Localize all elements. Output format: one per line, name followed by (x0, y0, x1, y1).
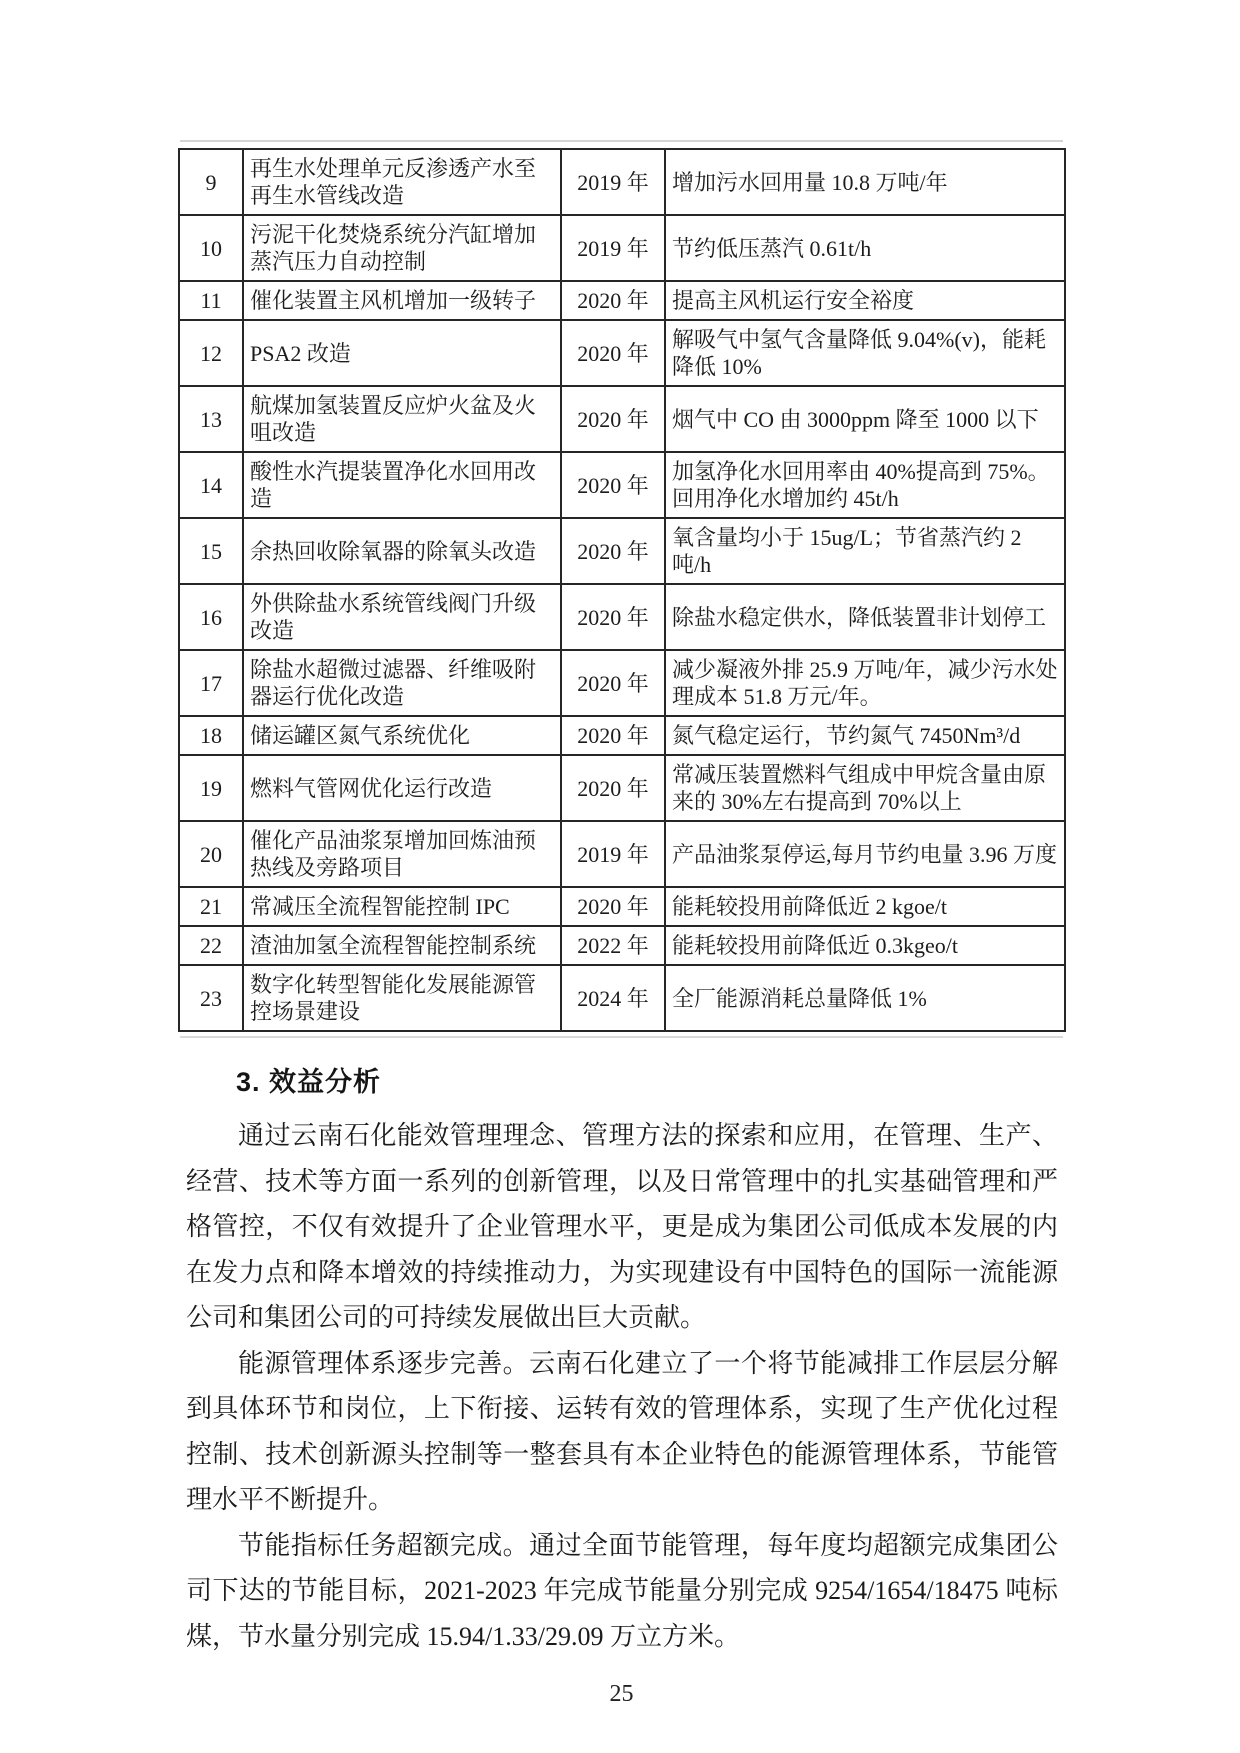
table-row: 23 数字化转型智能化发展能源管控场景建设 2024 年 全厂能源消耗总量降低 … (179, 965, 1065, 1031)
year-cell: 2020 年 (561, 584, 665, 650)
table-row: 17 除盐水超微过滤器、纤维吸附器运行优化改造 2020 年 减少凝液外排 25… (179, 650, 1065, 716)
year-cell: 2020 年 (561, 518, 665, 584)
table-row: 13 航煤加氢装置反应炉火盆及火咀改造 2020 年 烟气中 CO 由 3000… (179, 386, 1065, 452)
row-number-cell: 14 (179, 452, 243, 518)
table-row: 16 外供除盐水系统管线阀门升级改造 2020 年 除盐水稳定供水，降低装置非计… (179, 584, 1065, 650)
row-number-cell: 19 (179, 755, 243, 821)
benefit-cell: 能耗较投用前降低近 0.3kgeo/t (665, 926, 1065, 965)
benefits-table-body: 9 再生水处理单元反渗透产水至再生水管线改造 2019 年 增加污水回用量 10… (179, 149, 1065, 1031)
benefits-table: 9 再生水处理单元反渗透产水至再生水管线改造 2019 年 增加污水回用量 10… (178, 148, 1066, 1032)
table-row: 19 燃料气管网优化运行改造 2020 年 常减压装置燃料气组成中甲烷含量由原来… (179, 755, 1065, 821)
project-cell: 航煤加氢装置反应炉火盆及火咀改造 (243, 386, 561, 452)
row-number-cell: 16 (179, 584, 243, 650)
year-cell: 2019 年 (561, 821, 665, 887)
project-cell: 污泥干化焚烧系统分汽缸增加蒸汽压力自动控制 (243, 215, 561, 281)
benefit-cell: 氧含量均小于 15ug/L；节省蒸汽约 2 吨/h (665, 518, 1065, 584)
benefit-cell: 能耗较投用前降低近 2 kgoe/t (665, 887, 1065, 926)
page-number: 25 (178, 1681, 1065, 1708)
table-row: 11 催化装置主风机增加一级转子 2020 年 提高主风机运行安全裕度 (179, 281, 1065, 320)
table-row: 12 PSA2 改造 2020 年 解吸气中氢气含量降低 9.04%(v)，能耗… (179, 320, 1065, 386)
body-paragraph: 节能指标任务超额完成。通过全面节能管理，每年度均超额完成集团公司下达的节能目标，… (186, 1523, 1058, 1660)
body-paragraph: 通过云南石化能效管理理念、管理方法的探索和应用，在管理、生产、经营、技术等方面一… (186, 1113, 1058, 1341)
section-heading: 3. 效益分析 (236, 1060, 1065, 1099)
project-cell: 再生水处理单元反渗透产水至再生水管线改造 (243, 149, 561, 215)
benefit-cell: 增加污水回用量 10.8 万吨/年 (665, 149, 1065, 215)
row-number-cell: 21 (179, 887, 243, 926)
page-content: 9 再生水处理单元反渗透产水至再生水管线改造 2019 年 增加污水回用量 10… (178, 140, 1065, 1708)
project-cell: 储运罐区氮气系统优化 (243, 716, 561, 755)
row-number-cell: 22 (179, 926, 243, 965)
benefit-cell: 节约低压蒸汽 0.61t/h (665, 215, 1065, 281)
table-row: 9 再生水处理单元反渗透产水至再生水管线改造 2019 年 增加污水回用量 10… (179, 149, 1065, 215)
project-cell: 渣油加氢全流程智能控制系统 (243, 926, 561, 965)
table-row: 22 渣油加氢全流程智能控制系统 2022 年 能耗较投用前降低近 0.3kge… (179, 926, 1065, 965)
year-cell: 2019 年 (561, 149, 665, 215)
body-text-block: 通过云南石化能效管理理念、管理方法的探索和应用，在管理、生产、经营、技术等方面一… (186, 1113, 1058, 1659)
year-cell: 2020 年 (561, 320, 665, 386)
scan-artifact-line-bottom (180, 1036, 1063, 1038)
benefit-cell: 提高主风机运行安全裕度 (665, 281, 1065, 320)
benefit-cell: 减少凝液外排 25.9 万吨/年，减少污水处理成本 51.8 万元/年。 (665, 650, 1065, 716)
scan-artifact-line-top (180, 140, 1063, 142)
year-cell: 2022 年 (561, 926, 665, 965)
body-paragraph: 能源管理体系逐步完善。云南石化建立了一个将节能减排工作层层分解到具体环节和岗位，… (186, 1341, 1058, 1523)
benefit-cell: 产品油浆泵停运,每月节约电量 3.96 万度 (665, 821, 1065, 887)
project-cell: 酸性水汽提装置净化水回用改造 (243, 452, 561, 518)
table-row: 10 污泥干化焚烧系统分汽缸增加蒸汽压力自动控制 2019 年 节约低压蒸汽 0… (179, 215, 1065, 281)
row-number-cell: 12 (179, 320, 243, 386)
table-row: 15 余热回收除氧器的除氧头改造 2020 年 氧含量均小于 15ug/L；节省… (179, 518, 1065, 584)
table-row: 14 酸性水汽提装置净化水回用改造 2020 年 加氢净化水回用率由 40%提高… (179, 452, 1065, 518)
project-cell: 催化装置主风机增加一级转子 (243, 281, 561, 320)
benefit-cell: 氮气稳定运行，节约氮气 7450Nm³/d (665, 716, 1065, 755)
project-cell: 外供除盐水系统管线阀门升级改造 (243, 584, 561, 650)
benefit-cell: 全厂能源消耗总量降低 1% (665, 965, 1065, 1031)
project-cell: 常减压全流程智能控制 IPC (243, 887, 561, 926)
row-number-cell: 17 (179, 650, 243, 716)
table-row: 20 催化产品油浆泵增加回炼油预热线及旁路项目 2019 年 产品油浆泵停运,每… (179, 821, 1065, 887)
benefit-cell: 烟气中 CO 由 3000ppm 降至 1000 以下 (665, 386, 1065, 452)
benefit-cell: 解吸气中氢气含量降低 9.04%(v)，能耗降低 10% (665, 320, 1065, 386)
row-number-cell: 23 (179, 965, 243, 1031)
project-cell: 数字化转型智能化发展能源管控场景建设 (243, 965, 561, 1031)
project-cell: 燃料气管网优化运行改造 (243, 755, 561, 821)
year-cell: 2020 年 (561, 887, 665, 926)
year-cell: 2020 年 (561, 452, 665, 518)
table-row: 18 储运罐区氮气系统优化 2020 年 氮气稳定运行，节约氮气 7450Nm³… (179, 716, 1065, 755)
project-cell: 余热回收除氧器的除氧头改造 (243, 518, 561, 584)
year-cell: 2020 年 (561, 755, 665, 821)
benefit-cell: 加氢净化水回用率由 40%提高到 75%。回用净化水增加约 45t/h (665, 452, 1065, 518)
row-number-cell: 13 (179, 386, 243, 452)
project-cell: PSA2 改造 (243, 320, 561, 386)
row-number-cell: 18 (179, 716, 243, 755)
year-cell: 2020 年 (561, 716, 665, 755)
year-cell: 2020 年 (561, 386, 665, 452)
row-number-cell: 10 (179, 215, 243, 281)
year-cell: 2019 年 (561, 215, 665, 281)
benefit-cell: 常减压装置燃料气组成中甲烷含量由原来的 30%左右提高到 70%以上 (665, 755, 1065, 821)
year-cell: 2020 年 (561, 650, 665, 716)
table-row: 21 常减压全流程智能控制 IPC 2020 年 能耗较投用前降低近 2 kgo… (179, 887, 1065, 926)
row-number-cell: 20 (179, 821, 243, 887)
row-number-cell: 11 (179, 281, 243, 320)
year-cell: 2020 年 (561, 281, 665, 320)
benefit-cell: 除盐水稳定供水，降低装置非计划停工 (665, 584, 1065, 650)
project-cell: 除盐水超微过滤器、纤维吸附器运行优化改造 (243, 650, 561, 716)
row-number-cell: 9 (179, 149, 243, 215)
year-cell: 2024 年 (561, 965, 665, 1031)
project-cell: 催化产品油浆泵增加回炼油预热线及旁路项目 (243, 821, 561, 887)
row-number-cell: 15 (179, 518, 243, 584)
document-page: 9 再生水处理单元反渗透产水至再生水管线改造 2019 年 增加污水回用量 10… (0, 0, 1240, 1753)
